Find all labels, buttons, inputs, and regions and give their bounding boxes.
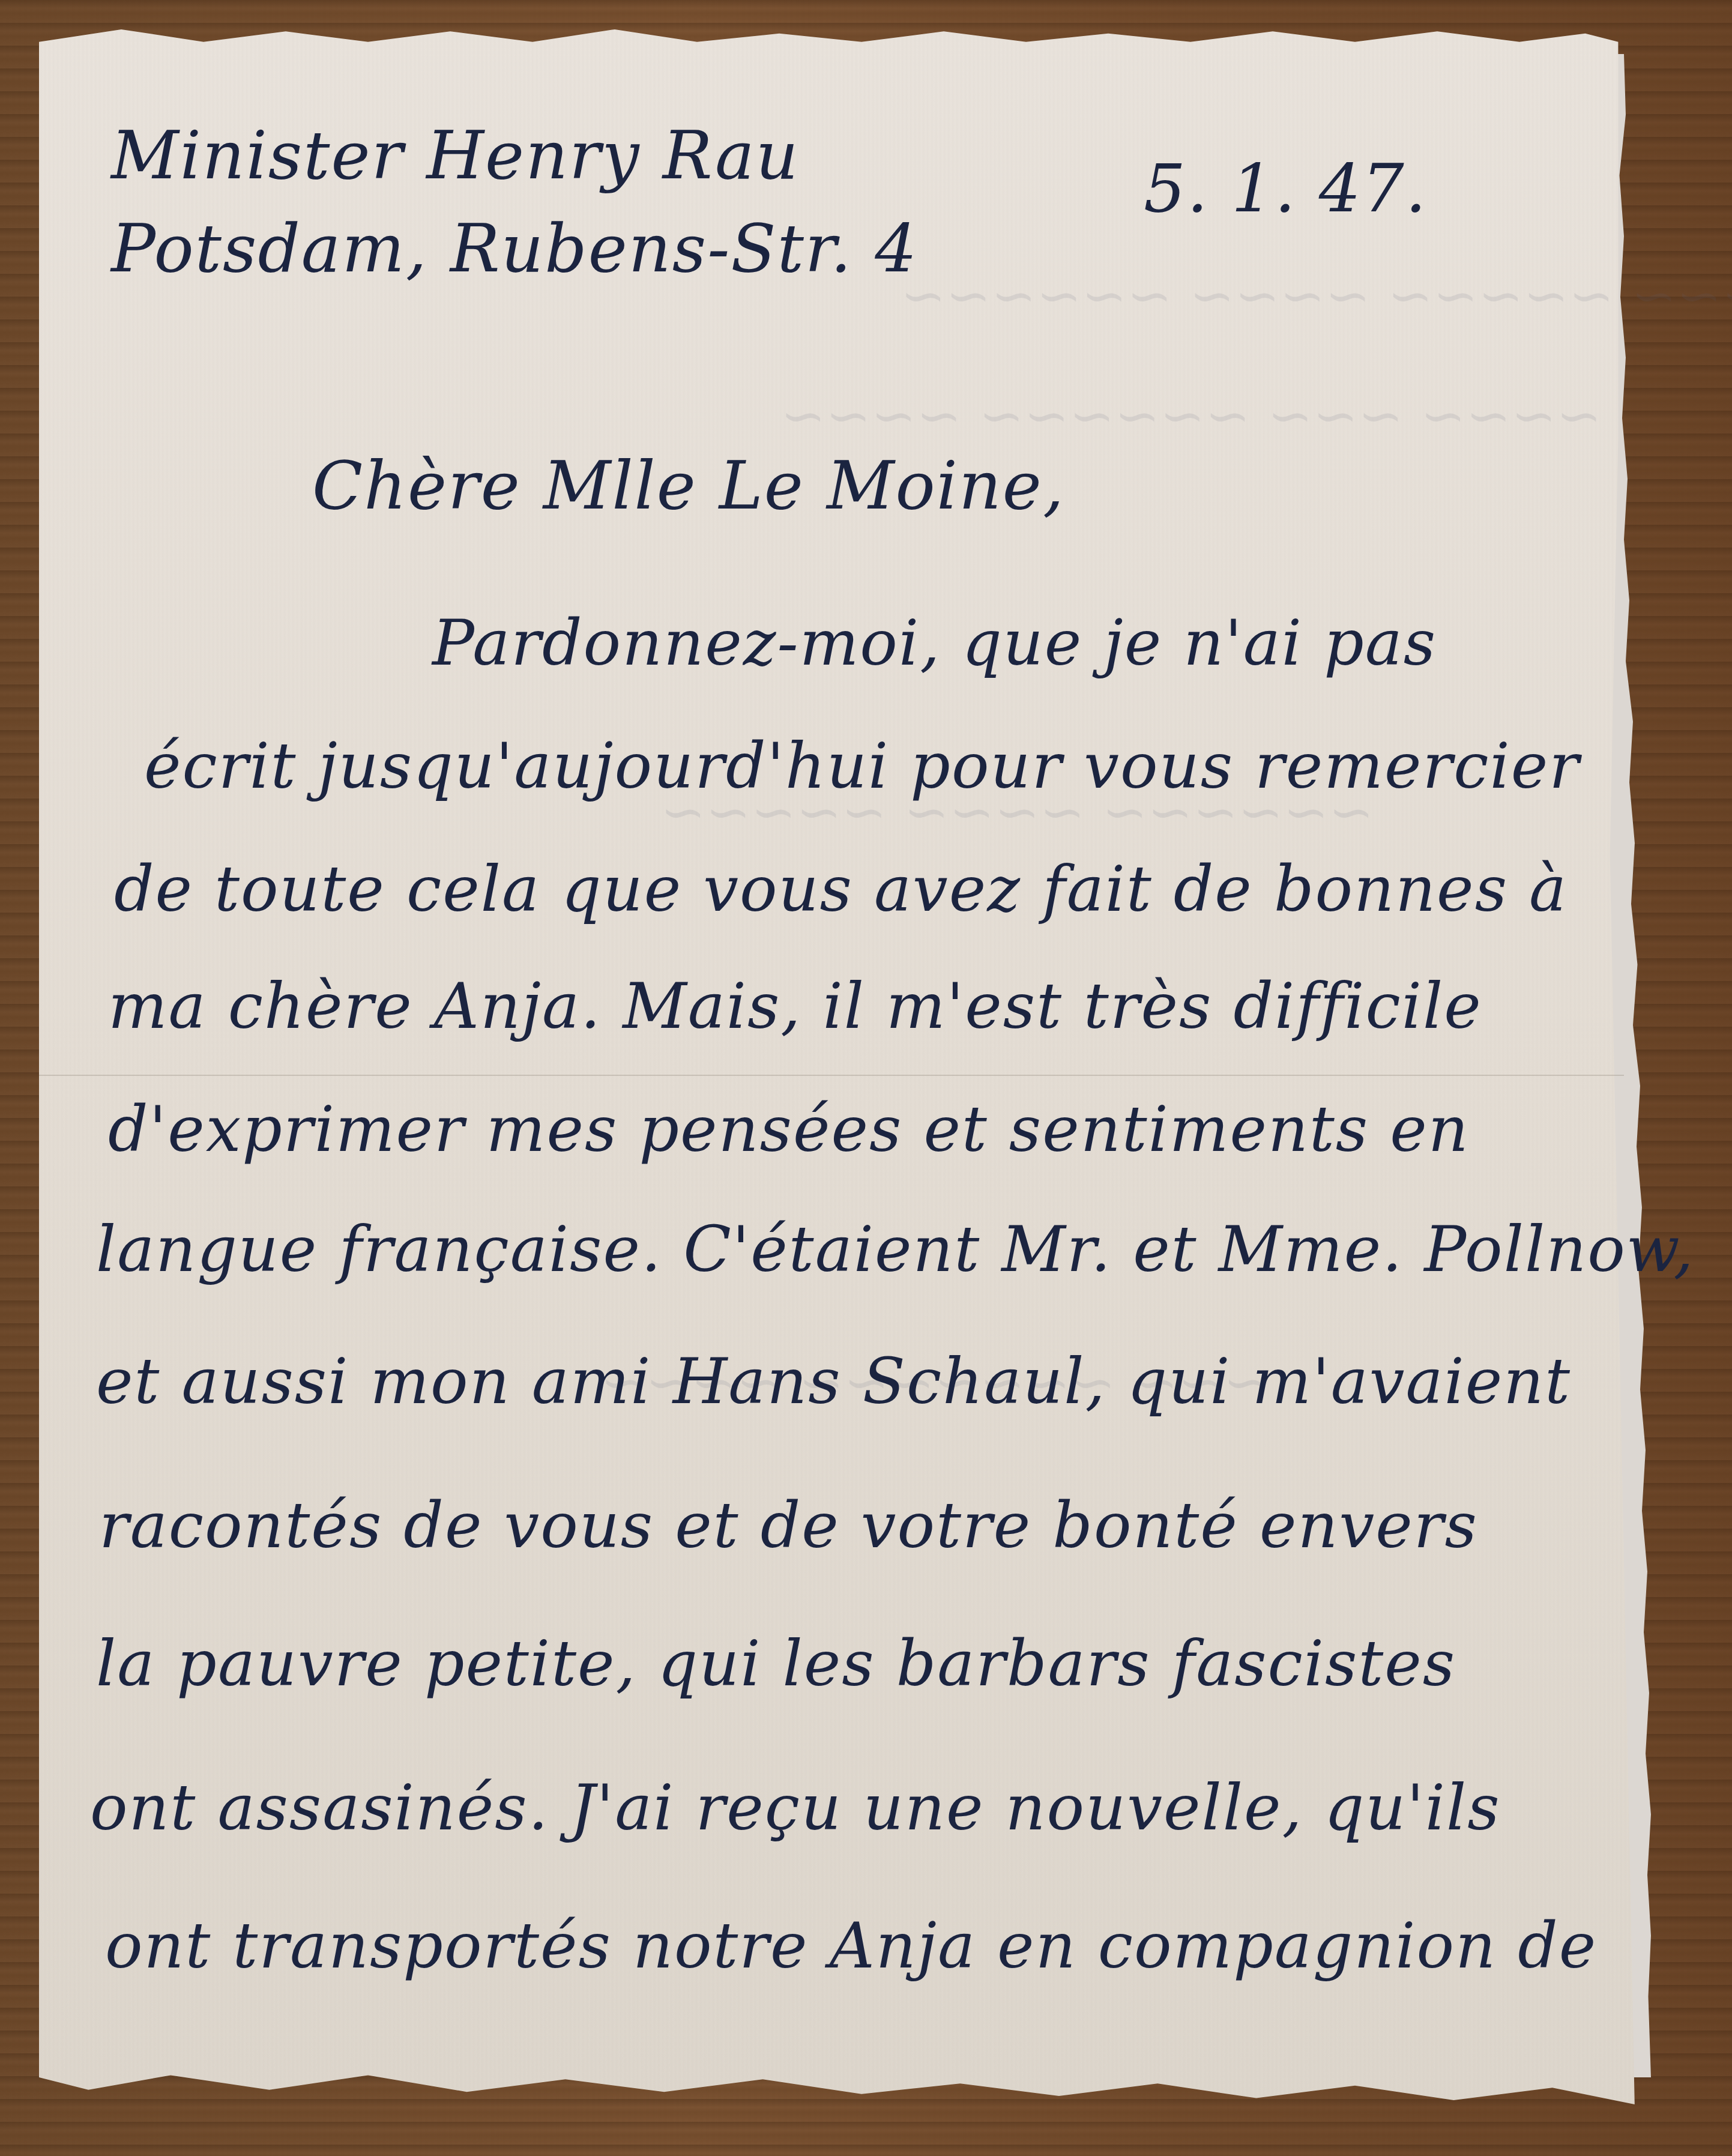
letter-date: 5. 1. 47. [1144, 150, 1428, 227]
bleed-through-text: ~~~ ~~~~~ ~~~~ ~~~~~~ [901, 264, 1732, 327]
address-line: Potsdam, Rubens-Str. 4 [111, 210, 918, 287]
body-line: ont assasinés. J'ai reçu une nouvelle, q… [90, 1771, 1501, 1844]
body-line: Pardonnez-moi, que je n'ai pas [432, 606, 1437, 680]
paper-fold-line [39, 1075, 1624, 1076]
body-line: de toute cela que vous avez fait de bonn… [114, 853, 1568, 926]
greeting: Chère Mlle Le Moine, [312, 447, 1065, 524]
bleed-through-text: ~~~~ ~~~ ~~~~~~ ~~~~ [780, 384, 1602, 447]
body-line: d'exprimer mes pensées et sentiments en [108, 1093, 1470, 1166]
sender-line: Minister Henry Rau [111, 117, 799, 194]
body-line: la pauvre petite, qui les barbars fascis… [96, 1627, 1456, 1700]
body-line: ma chère Anja. Mais, il m'est très diffi… [108, 970, 1482, 1043]
body-line: langue française. C'étaient Mr. et Mme. … [96, 1213, 1695, 1286]
body-line: écrit jusqu'aujourd'hui pour vous remerc… [144, 729, 1580, 803]
body-line: et aussi mon ami Hans Schaul, qui m'avai… [96, 1345, 1571, 1418]
body-line: racontés de vous et de votre bonté enver… [99, 1489, 1478, 1562]
body-line: ont transportés notre Anja en compagnion… [105, 1909, 1597, 1982]
